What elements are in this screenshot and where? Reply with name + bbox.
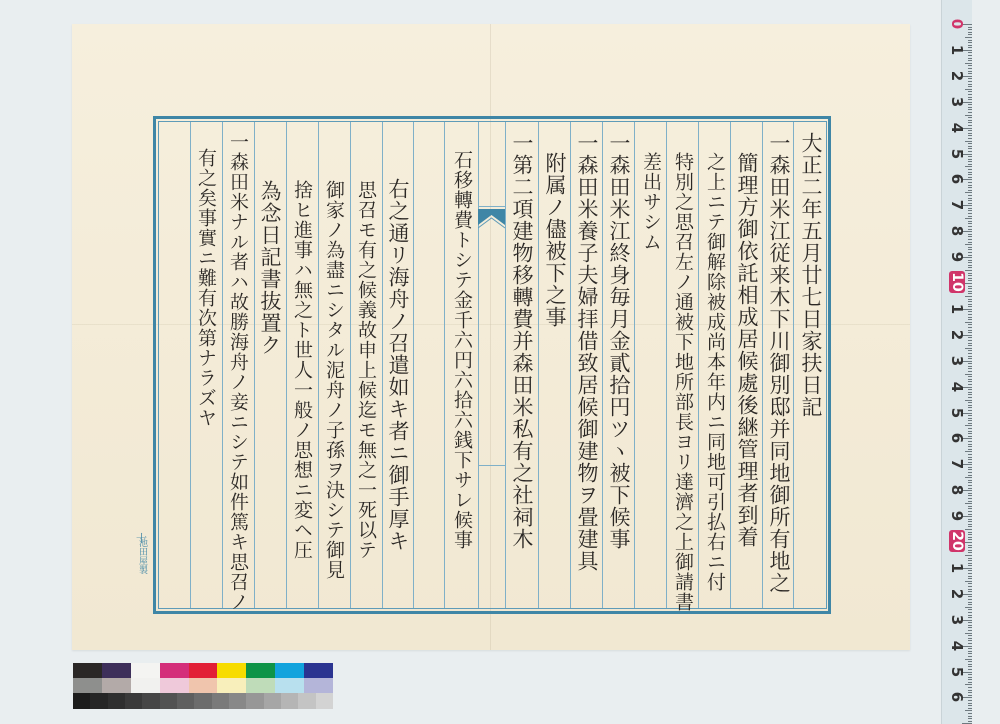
color-swatch — [246, 663, 275, 678]
ruler-number: 7 — [948, 453, 966, 475]
ruler-tick — [968, 45, 972, 46]
ruler-tick — [968, 570, 972, 571]
color-swatch — [194, 693, 211, 709]
ruler-tick — [968, 695, 972, 696]
ruler-tick — [968, 547, 972, 548]
ruler-tick — [968, 324, 972, 325]
ruler-tick — [968, 446, 972, 447]
ruler-tick — [968, 482, 972, 483]
text-column: 為念日記書抜置ク — [254, 180, 286, 356]
ruler-tick — [968, 560, 972, 561]
ruler-number: 7 — [948, 194, 966, 216]
ruler-tick — [968, 454, 972, 455]
ruler-tick — [968, 472, 972, 473]
ruler-tick — [968, 130, 972, 131]
text-column: 一第二項建物移轉費并森田米私有之社祠木 — [506, 132, 538, 550]
text-column: 一森田米江従来木下川御別邸并同地御所有地之 — [763, 132, 795, 594]
ruler-tick — [968, 195, 972, 196]
ruler-tick — [968, 625, 972, 626]
ruler-tick — [968, 47, 972, 48]
ruler-tick — [968, 462, 972, 463]
ruler-tick — [968, 402, 972, 403]
ruler-tick — [968, 65, 972, 66]
color-swatch — [160, 678, 189, 693]
ruler-tick — [968, 648, 972, 649]
ruler-tick — [968, 514, 972, 515]
ruler-tick — [968, 73, 972, 74]
ruler-number: 2 — [948, 324, 966, 346]
ruler-tick — [968, 433, 972, 434]
color-swatch — [275, 663, 304, 678]
ruler-tick — [968, 501, 972, 502]
ruler-tick — [968, 71, 972, 72]
ruler-tick — [968, 405, 972, 406]
ruler-tick — [968, 692, 972, 693]
ruler-tick — [968, 107, 972, 108]
ruler-tick — [965, 503, 972, 504]
ruler-tick — [965, 425, 972, 426]
color-swatch — [217, 678, 246, 693]
ruler-tick — [968, 275, 972, 276]
ruler-tick — [968, 635, 972, 636]
ruler-tick — [968, 278, 972, 279]
text-column: 特別之思召左ノ通被下地所部長ヨリ達濟之上御請書 — [667, 152, 699, 612]
ruler-tick — [968, 327, 972, 328]
ruler-tick — [965, 659, 972, 660]
ruler-tick — [968, 187, 972, 188]
color-swatch — [304, 678, 333, 693]
color-swatch — [304, 663, 333, 678]
ruler-tick — [968, 467, 972, 468]
ruler-tick — [968, 330, 972, 331]
text-column: 一森田米ナル者ハ故勝海舟ノ妾ニシテ如件篤キ思召ノ — [222, 132, 254, 612]
ruler-tick — [968, 532, 972, 533]
ruler-tick — [965, 529, 972, 530]
ruler-tick — [968, 143, 972, 144]
ruler-tick — [968, 436, 972, 437]
ruler-number: 2 — [948, 583, 966, 605]
ruler-tick — [968, 343, 972, 344]
color-swatch — [177, 693, 194, 709]
ruler-tick — [968, 526, 972, 527]
ruler-tick — [968, 664, 972, 665]
ruler-tick — [968, 120, 972, 121]
ruler-tick — [968, 221, 972, 222]
ruler-tick — [965, 555, 972, 556]
ruler-tick — [968, 159, 972, 160]
ruler-tick — [968, 622, 972, 623]
ruler-tick — [968, 78, 972, 79]
ruler-tick — [968, 210, 972, 211]
color-swatch — [73, 678, 102, 693]
ruler-tick — [968, 615, 972, 616]
ruler-tick — [968, 716, 972, 717]
measuring-ruler: 01234567891012345678920123456 — [941, 0, 972, 724]
ruler-number: 9 — [948, 505, 966, 527]
ruler-tick — [968, 705, 972, 706]
ruler-tick — [968, 60, 972, 61]
ruler-tick — [968, 247, 972, 248]
ruler-tick — [968, 356, 972, 357]
ruler-tick — [968, 690, 972, 691]
color-chart-row-saturated — [73, 663, 333, 678]
ruler-tick — [968, 304, 972, 305]
color-swatch — [131, 663, 160, 678]
ruler-tick — [968, 319, 972, 320]
ruler-tick — [968, 394, 972, 395]
ruler-tick — [968, 40, 972, 41]
ruler-tick — [968, 563, 972, 564]
ruler-tick — [965, 451, 972, 452]
text-column: 右之通リ海舟ノ召遣如キ者ニ御手厚キ — [382, 178, 414, 552]
ruler-tick — [965, 581, 972, 582]
ruler-tick — [968, 200, 972, 201]
ruler-tick — [968, 169, 972, 170]
ruler-tick — [968, 185, 972, 186]
ruler-tick — [968, 288, 972, 289]
ruler-tick — [968, 353, 972, 354]
ruler-tick — [968, 252, 972, 253]
ruler-tick — [968, 229, 972, 230]
ruler-tick — [968, 286, 972, 287]
color-calibration-chart — [73, 663, 333, 709]
ruler-tick — [968, 226, 972, 227]
ruler-tick — [968, 146, 972, 147]
ruler-tick — [968, 539, 972, 540]
ruler-tick — [965, 166, 972, 167]
ruler-tick — [968, 301, 972, 302]
ruler-tick — [968, 376, 972, 377]
ruler-tick — [968, 423, 972, 424]
ruler-tick — [968, 537, 972, 538]
ruler-tick — [968, 389, 972, 390]
column-rule — [478, 122, 479, 608]
ruler-tick — [968, 109, 972, 110]
text-column: 有之矣事實ニ難有次第ナラズヤ — [190, 148, 222, 428]
ruler-tick — [968, 469, 972, 470]
ruler-number: 20 — [949, 530, 965, 552]
ruler-tick — [968, 332, 972, 333]
ruler-number: 3 — [948, 609, 966, 631]
ruler-tick — [968, 545, 972, 546]
ruler-tick — [968, 133, 972, 134]
ruler-tick — [968, 260, 972, 261]
ruler-tick — [968, 68, 972, 69]
ruler-tick — [968, 340, 972, 341]
ruler-number: 4 — [948, 376, 966, 398]
ruler-tick — [968, 151, 972, 152]
ruler-tick — [968, 576, 972, 577]
ruler-tick — [968, 265, 972, 266]
ruler-tick — [968, 177, 972, 178]
ruler-tick — [968, 112, 972, 113]
ruler-tick — [968, 583, 972, 584]
ruler-tick — [968, 379, 972, 380]
color-swatch — [298, 693, 315, 709]
ruler-tick — [968, 677, 972, 678]
ruler-tick — [968, 27, 972, 28]
ruler-tick — [968, 558, 972, 559]
ruler-tick — [968, 216, 972, 217]
ruler-tick — [968, 314, 972, 315]
ruler-tick — [965, 400, 972, 401]
ruler-tick — [968, 135, 972, 136]
ruler-tick — [968, 358, 972, 359]
ruler-tick — [968, 638, 972, 639]
color-swatch — [160, 663, 189, 678]
ruler-tick — [968, 565, 972, 566]
text-column: 捨ヒ進事ハ無之ト世人一般ノ思想ニ変ヘ圧 — [286, 180, 318, 560]
ruler-tick — [968, 410, 972, 411]
color-swatch — [73, 663, 102, 678]
ruler-tick — [968, 721, 972, 722]
ruler-tick — [968, 317, 972, 318]
ruler-tick — [968, 255, 972, 256]
ruler-tick — [968, 86, 972, 87]
ruler-tick — [968, 682, 972, 683]
color-swatch — [160, 693, 177, 709]
ruler-number: 3 — [948, 350, 966, 372]
color-chart-grayscale — [73, 693, 333, 709]
ruler-tick — [968, 653, 972, 654]
ruler-tick — [968, 475, 972, 476]
ruler-tick — [968, 602, 972, 603]
ruler-tick — [968, 52, 972, 53]
text-column: 簡理方御依託相成居候處後継管理者到着 — [731, 152, 763, 548]
ruler-tick — [968, 674, 972, 675]
ruler-tick — [968, 651, 972, 652]
ruler-number: 8 — [948, 479, 966, 501]
ruler-tick — [968, 589, 972, 590]
ruler-tick — [968, 91, 972, 92]
ruler-tick — [968, 94, 972, 95]
ruler-tick — [968, 182, 972, 183]
ruler-tick — [968, 392, 972, 393]
ruler-number: 10 — [949, 271, 965, 293]
printer-mark: 池田屋製 — [130, 538, 154, 574]
ruler-tick — [968, 208, 972, 209]
ruler-tick — [968, 34, 972, 35]
ruler-tick — [965, 218, 972, 219]
ruler-tick — [968, 55, 972, 56]
ruler-tick — [968, 599, 972, 600]
ruler-tick — [968, 457, 972, 458]
color-swatch — [281, 693, 298, 709]
ruler-tick — [968, 444, 972, 445]
ruler-tick — [968, 713, 972, 714]
ruler-tick — [965, 684, 972, 685]
ruler-number: 8 — [948, 220, 966, 242]
ruler-tick — [968, 242, 972, 243]
ruler-number: 6 — [948, 427, 966, 449]
ruler-tick — [968, 550, 972, 551]
ruler-tick — [968, 459, 972, 460]
ruler-number: 1 — [948, 39, 966, 61]
ruler-tick — [968, 345, 972, 346]
ruler-tick — [965, 348, 972, 349]
ruler-tick — [965, 633, 972, 634]
fishtail-bottom-rule — [478, 465, 505, 466]
color-swatch — [275, 678, 304, 693]
ruler-tick — [968, 420, 972, 421]
ruler-tick — [968, 669, 972, 670]
ruler-tick — [968, 661, 972, 662]
ruler-tick — [968, 552, 972, 553]
ruler-tick — [968, 306, 972, 307]
ruler-tick — [968, 125, 972, 126]
color-swatch — [108, 693, 125, 709]
ruler-tick — [968, 58, 972, 59]
ruler-tick — [968, 591, 972, 592]
ruler-tick — [965, 37, 972, 38]
ruler-tick — [968, 174, 972, 175]
ruler-tick — [968, 506, 972, 507]
ruler-tick — [965, 607, 972, 608]
ruler-tick — [968, 350, 972, 351]
ruler-tick — [968, 431, 972, 432]
ruler-tick — [968, 213, 972, 214]
text-column: 一森田米江終身毎月金貳拾円ツヽ被下候事 — [603, 132, 635, 550]
color-swatch — [217, 663, 246, 678]
text-column: 石移轉費トシテ金千六円六拾六銭下サレ候事 — [446, 150, 478, 550]
ruler-tick — [968, 311, 972, 312]
ruler-tick — [968, 703, 972, 704]
text-column: 御家ノ為盡ニシタル泥舟ノ子孫ヲ決シテ御見 — [318, 180, 350, 580]
ruler-tick — [968, 236, 972, 237]
ruler-tick — [965, 63, 972, 64]
color-swatch — [229, 693, 246, 709]
ruler-number: 5 — [948, 402, 966, 424]
ruler-tick — [965, 322, 972, 323]
ruler-tick — [968, 604, 972, 605]
color-swatch — [73, 693, 90, 709]
text-column: 附属ノ儘被下之事 — [539, 152, 571, 328]
ruler-number: 6 — [948, 686, 966, 708]
ruler-tick — [965, 710, 972, 711]
ruler-tick — [968, 239, 972, 240]
diary-title: 大正二年五月廿七日家扶日記 — [795, 132, 827, 418]
ruler-tick — [968, 273, 972, 274]
ruler-tick — [968, 407, 972, 408]
ruler-tick — [968, 578, 972, 579]
color-swatch — [212, 693, 229, 709]
ruler-tick — [968, 161, 972, 162]
ruler-tick — [968, 428, 972, 429]
ruler-tick — [968, 371, 972, 372]
ruler-tick — [968, 596, 972, 597]
ruler-tick — [968, 418, 972, 419]
ruler-tick — [968, 84, 972, 85]
color-swatch — [189, 663, 218, 678]
ruler-tick — [968, 397, 972, 398]
ruler-tick — [968, 524, 972, 525]
ruler-tick — [968, 29, 972, 30]
ruler-tick — [968, 156, 972, 157]
ruler-tick — [968, 384, 972, 385]
ruler-tick — [965, 270, 972, 271]
ruler-number: 5 — [948, 661, 966, 683]
color-swatch — [316, 693, 333, 709]
ruler-tick — [968, 630, 972, 631]
ruler-number: 6 — [948, 168, 966, 190]
ruler-tick — [968, 148, 972, 149]
ruler-tick — [968, 687, 972, 688]
ruler-number: 4 — [948, 635, 966, 657]
ruler-tick — [968, 190, 972, 191]
ruler-tick — [965, 296, 972, 297]
ruler-tick — [968, 498, 972, 499]
ruler-tick — [968, 718, 972, 719]
ruler-tick — [968, 521, 972, 522]
ruler-tick — [968, 449, 972, 450]
color-swatch — [246, 693, 263, 709]
ruler-tick — [968, 99, 972, 100]
color-swatch — [264, 693, 281, 709]
ruler-tick — [968, 609, 972, 610]
text-column: 之上ニテ御解除被成尚本年内ニ同地可引払右ニ付 — [699, 152, 731, 592]
ruler-tick — [968, 679, 972, 680]
ruler-tick — [968, 627, 972, 628]
ruler-tick — [965, 141, 972, 142]
ruler-tick — [968, 363, 972, 364]
ruler-tick — [968, 97, 972, 98]
ruler-tick — [968, 617, 972, 618]
color-swatch — [102, 663, 131, 678]
ruler-tick — [968, 104, 972, 105]
ruler-tick — [968, 700, 972, 701]
ruler-number: 9 — [948, 246, 966, 268]
color-swatch — [189, 678, 218, 693]
ruler-tick — [968, 249, 972, 250]
ruler-tick — [968, 485, 972, 486]
ruler-tick — [965, 89, 972, 90]
ruler-tick — [968, 573, 972, 574]
ruler-tick — [968, 666, 972, 667]
ruler-tick — [968, 203, 972, 204]
ruler-tick — [965, 477, 972, 478]
ruler-number: 1 — [948, 557, 966, 579]
ruler-tick — [965, 115, 972, 116]
color-swatch — [125, 693, 142, 709]
color-swatch — [246, 678, 275, 693]
color-chart-row-pastel — [73, 678, 333, 693]
ruler-tick — [968, 32, 972, 33]
ruler-tick — [968, 381, 972, 382]
text-column: 一森田米養子夫婦拝借致居候御建物ヲ畳建具 — [571, 132, 603, 572]
ruler-tick — [968, 534, 972, 535]
ruler-tick — [968, 519, 972, 520]
ruler-tick — [968, 415, 972, 416]
ruler-tick — [968, 117, 972, 118]
column-rule — [444, 122, 445, 608]
ruler-tick — [968, 234, 972, 235]
ruler-tick — [968, 122, 972, 123]
ruler-tick — [968, 280, 972, 281]
color-swatch — [90, 693, 107, 709]
ruler-tick — [968, 164, 972, 165]
ruler-number: 0 — [948, 13, 966, 35]
ruler-tick — [968, 299, 972, 300]
ruler-tick — [968, 291, 972, 292]
text-column: 思召モ有之候義故申上候迄モ無之一死以テ — [350, 180, 382, 560]
ruler-tick — [968, 42, 972, 43]
ruler-tick — [968, 656, 972, 657]
ruler-tick — [968, 586, 972, 587]
ruler-tick — [968, 223, 972, 224]
fishtail-mark-icon — [478, 207, 505, 229]
ruler-tick — [968, 138, 972, 139]
ruler-tick — [968, 480, 972, 481]
